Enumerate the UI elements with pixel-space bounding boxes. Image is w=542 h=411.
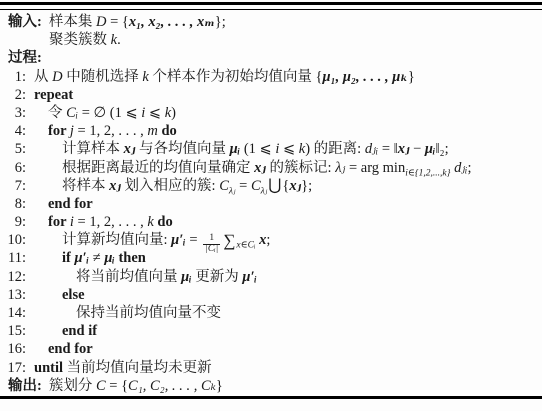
code-segment: =	[236, 178, 251, 194]
line-number: 4:	[4, 122, 26, 140]
line-number: 13:	[4, 286, 26, 304]
code-segment: = arg min	[345, 160, 405, 176]
code-segment: λⱼ	[229, 186, 236, 196]
line-content: until 当前均值向量均未更新	[34, 360, 212, 376]
code-segment: =	[186, 232, 201, 248]
code-segment: {	[316, 69, 323, 85]
code-segment: = ∅ (1 ⩽	[78, 105, 141, 121]
fraction: 1|Cᵢ|	[203, 234, 220, 255]
line-content: 根据距离最近的均值向量确定 xⱼ 的簇标记: λⱼ = arg mini∈{1,…	[34, 160, 471, 176]
line-content: repeat	[34, 87, 73, 103]
code-line: 1:从 D 中随机选择 k 个样本作为初始均值向量 {μ₁, μ₂, . . .…	[0, 68, 542, 86]
code-segment: C₁, C₂, . . . , Cₖ	[128, 378, 216, 394]
output-row: 输出:簇划分 C = {C₁, C₂, . . . , Cₖ}	[0, 377, 542, 395]
code-segment: μ′ᵢ	[171, 232, 186, 248]
code-segment: do	[158, 123, 177, 139]
line-number: 11:	[4, 249, 26, 267]
code-segment: ‖₂;	[435, 141, 448, 157]
line-number: 1:	[4, 68, 26, 86]
code-segment: if	[62, 250, 74, 266]
code-segment: ;	[266, 232, 270, 248]
code-segment: xⱼ	[109, 178, 121, 194]
code-segment: μ₁, μ₂, . . . , μₖ	[323, 69, 408, 85]
code-segment: μᵢ	[104, 250, 115, 266]
code-segment: 与各均值向量	[135, 141, 229, 157]
code-segment: ∑	[222, 231, 236, 250]
line-number: 14:	[4, 304, 26, 322]
line-number: 12:	[4, 268, 26, 286]
top-rule-thin	[0, 9, 542, 10]
code-line: 13:else	[0, 286, 542, 304]
code-segment: else	[62, 287, 85, 303]
code-segment: xⱼ	[289, 178, 301, 194]
algorithm-figure: 输入:样本集 D = {x₁, x₂, . . . , xₘ}; 聚类簇数 k.…	[0, 0, 542, 411]
code-line: 11:if μ′ᵢ ≠ μᵢ then	[0, 249, 542, 267]
code-line: 12:将当前均值向量 μᵢ 更新为 μ′ᵢ	[0, 268, 542, 286]
line-content: 从 D 中随机选择 k 个样本作为初始均值向量 {μ₁, μ₂, . . . ,…	[34, 69, 415, 85]
code-segment: 聚类簇数	[49, 32, 111, 48]
line-number: 15:	[4, 322, 26, 340]
line-number: 7:	[4, 177, 26, 195]
line-content: for i = 1, 2, . . . , k do	[34, 214, 173, 230]
code-segment: = 1, 2, . . . ,	[74, 123, 147, 139]
code-line: 15:end if	[0, 322, 542, 340]
code-segment: 个样本作为初始均值向量	[149, 69, 316, 85]
code-segment: dⱼᵢ	[450, 160, 467, 176]
code-segment: end for	[48, 341, 93, 357]
code-segment: ⩽	[145, 105, 164, 121]
code-segment: 将样本	[62, 178, 109, 194]
code-segment: μᵢ	[181, 269, 192, 285]
process-row: 过程:	[0, 49, 542, 67]
code-segment: m	[147, 123, 157, 139]
line-number: 16:	[4, 340, 26, 358]
line-content: 保持当前均值向量不变	[34, 305, 221, 321]
code-segment: 簇划分	[49, 378, 96, 394]
process-label: 过程:	[8, 50, 42, 66]
code-segment: 的簇标记:	[266, 160, 335, 176]
code-segment: )	[305, 141, 313, 157]
code-line: 6:根据距离最近的均值向量确定 xⱼ 的簇标记: λⱼ = arg mini∈{…	[0, 159, 542, 177]
code-segment: C	[219, 178, 229, 194]
code-segment: 更新为	[192, 269, 243, 285]
code-line: 14:保持当前均值向量不变	[0, 304, 542, 322]
line-content: 计算新均值向量: μ′ᵢ = 1|Cᵢ|∑x∈Cᵢ x;	[34, 232, 270, 248]
code-segment: 计算新均值向量:	[62, 232, 171, 248]
code-segment: 当前均值向量均未更新	[67, 360, 212, 376]
code-segment: ≠	[89, 250, 104, 266]
code-segment: };	[215, 14, 226, 30]
line-number: 5:	[4, 140, 26, 158]
code-segment: μᵢ	[425, 141, 436, 157]
code-segment: D	[52, 69, 62, 85]
line-content: end if	[34, 323, 97, 339]
line-content: 令 Cᵢ = ∅ (1 ⩽ i ⩽ k)	[34, 105, 176, 121]
code-segment: for	[48, 123, 70, 139]
code-segment: then	[115, 250, 146, 266]
code-segment: x∈Cᵢ	[236, 241, 255, 251]
algorithm-box: 输入:样本集 D = {x₁, x₂, . . . , xₘ}; 聚类簇数 k.…	[0, 13, 542, 395]
bottom-rule	[0, 396, 542, 399]
code-segment: 令	[48, 105, 66, 121]
code-segment: xⱼ	[254, 160, 266, 176]
code-segment: = {	[106, 378, 128, 394]
code-line: 9:for i = 1, 2, . . . , k do	[0, 213, 542, 231]
line-number: 9:	[4, 213, 26, 231]
code-segment: μ′ᵢ	[74, 250, 89, 266]
code-segment: = ‖	[378, 141, 398, 157]
code-segment: 划入相应的簇:	[121, 178, 219, 194]
output-line: 簇划分 C = {C₁, C₂, . . . , Cₖ}	[49, 378, 223, 394]
code-segment: x₁, x₂, . . . , xₘ	[129, 14, 215, 30]
line-content: for j = 1, 2, . . . , m do	[34, 123, 177, 139]
code-segment: end if	[62, 323, 97, 339]
code-segment: }	[216, 378, 223, 394]
code-segment: };	[301, 178, 312, 194]
input-row-continuation: 聚类簇数 k.	[0, 31, 542, 49]
code-segment: )	[171, 105, 176, 121]
line-content: if μ′ᵢ ≠ μᵢ then	[34, 250, 146, 266]
code-segment: = {	[106, 14, 128, 30]
code-line: 5:计算样本 xⱼ 与各均值向量 μᵢ (1 ⩽ i ⩽ k) 的距离: dⱼᵢ…	[0, 140, 542, 158]
top-rule-thick	[0, 2, 542, 5]
line-content: 将样本 xⱼ 划入相应的簇: Cλⱼ = Cλⱼ⋃{xⱼ};	[34, 178, 312, 194]
code-segment: C	[251, 178, 261, 194]
code-segment: for	[48, 214, 70, 230]
input-label: 输入:	[8, 14, 42, 30]
code-segment: = 1, 2, . . . ,	[74, 214, 147, 230]
line-content: 计算样本 xⱼ 与各均值向量 μᵢ (1 ⩽ i ⩽ k) 的距离: dⱼᵢ =…	[34, 141, 449, 157]
line-content: 将当前均值向量 μᵢ 更新为 μ′ᵢ	[34, 269, 257, 285]
code-segment: 根据距离最近的均值向量确定	[62, 160, 254, 176]
line-number: 6:	[4, 159, 26, 177]
code-segment: ;	[467, 160, 471, 176]
code-line: 2:repeat	[0, 86, 542, 104]
input-line-1: 样本集 D = {x₁, x₂, . . . , xₘ};	[49, 14, 226, 30]
code-segment: 将当前均值向量	[76, 269, 181, 285]
code-segment: μᵢ	[230, 141, 241, 157]
code-segment: }	[408, 69, 415, 85]
code-line: 3:令 Cᵢ = ∅ (1 ⩽ i ⩽ k)	[0, 104, 542, 122]
code-segment: ⋃	[267, 177, 282, 194]
code-segment: end for	[48, 196, 93, 212]
line-number: 17:	[4, 359, 26, 377]
code-segment: (1 ⩽	[240, 141, 275, 157]
line-number: 3:	[4, 104, 26, 122]
line-number: 2:	[4, 86, 26, 104]
code-segment: μ′ᵢ	[242, 269, 257, 285]
code-segment: 的距离:	[314, 141, 365, 157]
code-segment: 保持当前均值向量不变	[76, 305, 221, 321]
code-segment: 计算样本	[62, 141, 124, 157]
code-segment: −	[409, 141, 424, 157]
code-segment: dⱼᵢ	[365, 141, 378, 157]
code-segment: λⱼ	[335, 160, 345, 176]
code-segment: repeat	[34, 87, 73, 103]
code-line: 10:计算新均值向量: μ′ᵢ = 1|Cᵢ|∑x∈Cᵢ x;	[0, 231, 542, 249]
code-segment: until	[34, 360, 67, 376]
code-segment: .	[117, 32, 121, 48]
code-segment: D	[96, 14, 106, 30]
line-content: end for	[34, 341, 93, 357]
code-segment: ⩽	[279, 141, 298, 157]
code-segment: do	[154, 214, 173, 230]
line-content: end for	[34, 196, 93, 212]
code-line: 17:until 当前均值向量均未更新	[0, 359, 542, 377]
code-segment: C	[96, 378, 106, 394]
code-segment: Cᵢ	[66, 105, 78, 121]
code-segment: 从	[34, 69, 52, 85]
code-lines: 1:从 D 中随机选择 k 个样本作为初始均值向量 {μ₁, μ₂, . . .…	[0, 68, 542, 377]
code-line: 16:end for	[0, 340, 542, 358]
line-content: else	[34, 287, 85, 303]
code-segment: i∈{1,2,...,k}	[405, 168, 450, 178]
line-number: 10:	[4, 231, 26, 249]
code-line: 4:for j = 1, 2, . . . , m do	[0, 122, 542, 140]
code-line: 7:将样本 xⱼ 划入相应的簇: Cλⱼ = Cλⱼ⋃{xⱼ};	[0, 177, 542, 195]
code-segment: xⱼ	[398, 141, 410, 157]
line-number: 8:	[4, 195, 26, 213]
code-segment: 中随机选择	[63, 69, 143, 85]
output-label: 输出:	[8, 378, 42, 394]
input-line-2: 聚类簇数 k.	[49, 32, 121, 48]
code-segment: x	[255, 232, 266, 248]
code-segment: 样本集	[49, 14, 96, 30]
code-line: 8:end for	[0, 195, 542, 213]
input-row: 输入:样本集 D = {x₁, x₂, . . . , xₘ};	[0, 13, 542, 31]
code-segment: xⱼ	[124, 141, 136, 157]
